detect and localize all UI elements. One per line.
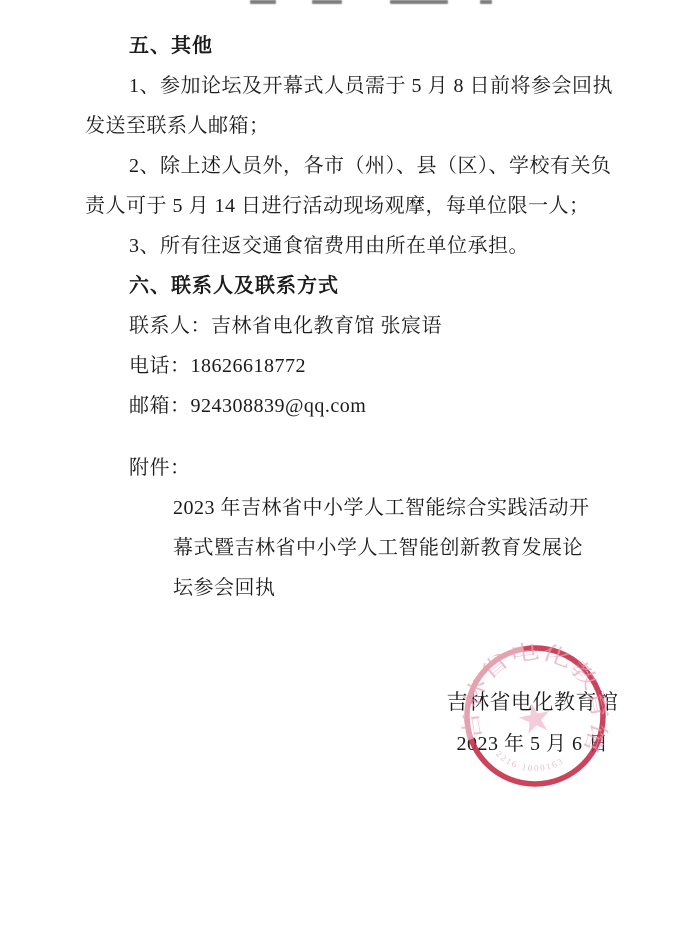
para-item1-line2: 发送至联系人邮箱； [85,106,630,146]
contact-phone-line: 电话：18626618772 [85,346,630,386]
section-heading-contact: 六、联系人及联系方式 [85,266,630,306]
page-edge-artifact [250,0,276,4]
page-edge-artifact [312,0,342,4]
document-body: 五、其他 1、参加论坛及开幕式人员需于 5 月 8 日前将参会回执 发送至联系人… [85,26,630,608]
signature-org: 吉林省电化教育馆 [420,682,645,722]
signature-date: 2023 年 5 月 6 日 [420,724,645,764]
contact-email-line: 邮箱：924308839@qq.com [85,386,630,426]
page-edge-artifact [390,0,448,4]
attachment-title-line2: 幕式暨吉林省中小学人工智能创新教育发展论 [85,528,630,568]
para-item2-line2: 责人可于 5 月 14 日进行活动现场观摩，每单位限一人； [85,186,630,226]
para-item3: 3、所有往返交通食宿费用由所在单位承担。 [85,226,630,266]
attachment-title-line3: 坛参会回执 [85,568,630,608]
para-item1-line1: 1、参加论坛及开幕式人员需于 5 月 8 日前将参会回执 [85,66,630,106]
signature-block: 吉林省电化教育馆 2023 年 5 月 6 日 [420,682,645,764]
page-edge-artifact [480,0,492,4]
para-item2-line1: 2、除上述人员外，各市（州）、县（区）、学校有关负 [85,146,630,186]
attachment-label: 附件： [85,448,630,488]
attachment-title-line1: 2023 年吉林省中小学人工智能综合实践活动开 [85,488,630,528]
contact-person-line: 联系人：吉林省电化教育馆 张宸语 [85,306,630,346]
section-heading-other: 五、其他 [85,26,630,66]
